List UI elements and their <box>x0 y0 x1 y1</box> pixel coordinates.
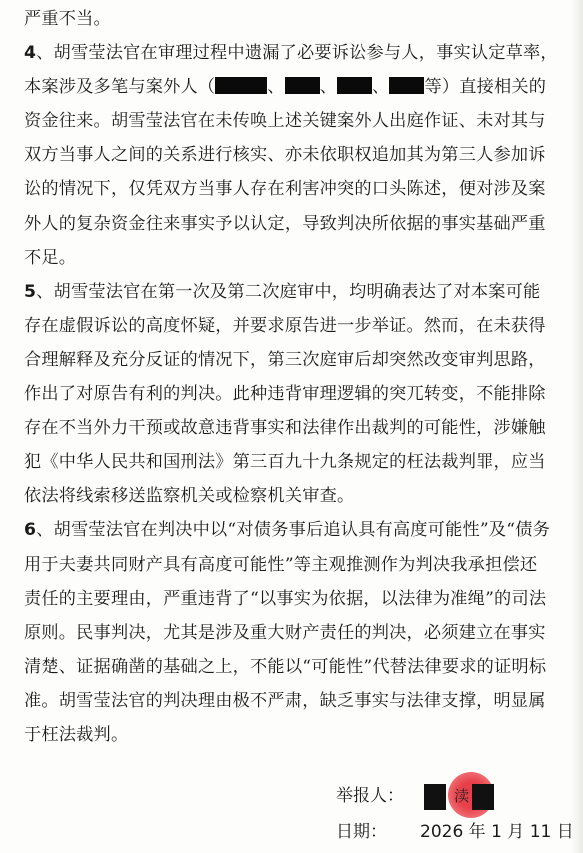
signature-block: 举报人： 渎 日期：2026 年 1 月 11 日 <box>336 778 574 850</box>
text-line: 于枉法裁判。 <box>24 718 564 752</box>
redacted-name <box>215 77 267 94</box>
text-line: 作出了对原告有利的判决。此种违背审理逻辑的突兀转变，不能排除 <box>24 377 564 411</box>
text-line: 责任的主要理由，严重违背了“以事实为依据，以法律为准绳”的司法 <box>24 582 564 616</box>
redacted-name <box>337 77 372 94</box>
redacted-name <box>285 77 320 94</box>
item-number: 4 <box>24 43 36 63</box>
date-row: 日期：2026 年 1 月 11 日 <box>336 814 574 850</box>
reporter-row: 举报人： 渎 <box>336 778 574 814</box>
text-line: 不足。 <box>24 241 564 275</box>
item-number: 5 <box>24 282 36 302</box>
text-line: 合理解释及充分反证的情况下，第三次庭审后却突然改变审判思路， <box>24 343 564 377</box>
text-line: 存在不当外力干预或故意违背事实和法律作出裁判的可能性，涉嫌触 <box>24 411 564 445</box>
reporter-label: 举报人： <box>336 778 420 814</box>
redacted-signature <box>424 784 446 810</box>
item-number: 6 <box>24 520 36 540</box>
text-line: 清楚、证据确凿的基础之上，不能以“可能性”代替法律要求的证明标 <box>24 650 564 684</box>
date-value: 2026 年 1 月 11 日 <box>420 822 574 842</box>
text-line: 依法将线索移送监察机关或检察机关审查。 <box>24 479 564 513</box>
scan-edge-shadow <box>571 0 583 853</box>
complaint-document: 严重不当。 4、胡雪莹法官在审理过程中遗漏了必要诉讼参与人，事实认定草率， 本案… <box>24 2 564 752</box>
text-line: 外人的复杂资金往来事实予以认定，导致判决所依据的事实基础严重 <box>24 207 564 241</box>
text-line: 讼的情况下，仅凭双方当事人存在利害冲突的口头陈述，便对涉及案 <box>24 172 564 206</box>
item-5-heading: 5、胡雪莹法官在第一次及第二次庭审中，均明确表达了对本案可能 <box>24 275 564 309</box>
signature-char: 渎 <box>454 778 469 814</box>
text-line: 准。胡雪莹法官的判决理由极不严肃，缺乏事实与法律支撑，明显属 <box>24 684 564 718</box>
text-line: 原则。民事判决，尤其是涉及重大财产责任的判决，必须建立在事实 <box>24 616 564 650</box>
text-line-redacted: 本案涉及多笔与案外人（、、、等）直接相关的 <box>24 70 564 104</box>
text-line: 犯《中华人民共和国刑法》第三百九十九条规定的枉法裁判罪，应当 <box>24 445 564 479</box>
item-6-heading: 6、胡雪莹法官在判决中以“对债务事后追认具有高度可能性”及“债务 <box>24 513 564 547</box>
date-label: 日期： <box>336 814 420 850</box>
redacted-signature <box>472 784 494 810</box>
text-line: 双方当事人之间的关系进行核实、亦未依职权追加其为第三人参加诉 <box>24 138 564 172</box>
redacted-name <box>389 77 424 94</box>
text-line: 存在虚假诉讼的高度怀疑，并要求原告进一步举证。然而，在未获得 <box>24 309 564 343</box>
text-line: 资金往来。胡雪莹法官在未传唤上述关键案外人出庭作证、未对其与 <box>24 104 564 138</box>
text-line: 用于夫妻共同财产具有高度可能性”等主观推测作为判决我承担偿还 <box>24 548 564 582</box>
item-4-heading: 4、胡雪莹法官在审理过程中遗漏了必要诉讼参与人，事实认定草率， <box>24 36 564 70</box>
text-line: 严重不当。 <box>24 2 564 36</box>
